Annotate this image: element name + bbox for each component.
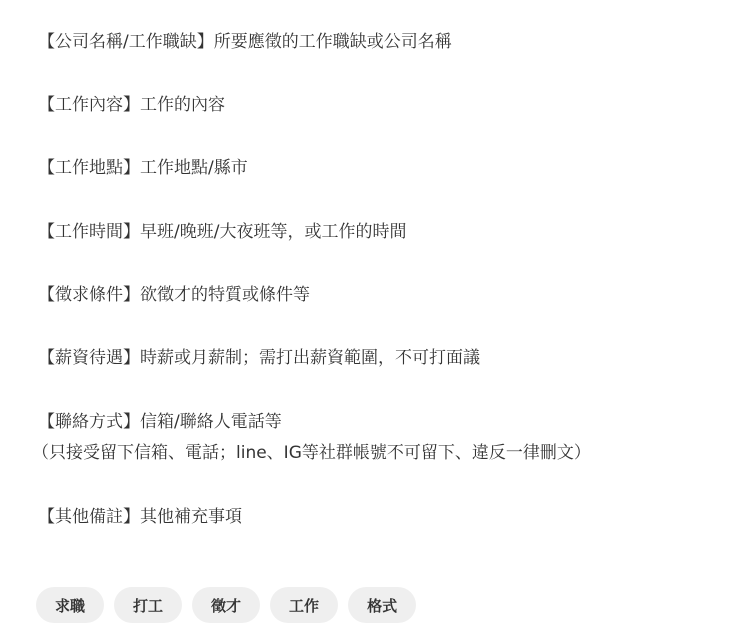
field-job-location: 【工作地點】工作地點/縣市 — [38, 156, 248, 180]
field-company-position: 【公司名稱/工作職缺】所要應徵的工作職缺或公司名稱 — [38, 30, 452, 54]
field-value: 信箱/聯絡人電話等 — [140, 412, 282, 432]
field-requirements: 【徵求條件】欲徵才的特質或條件等 — [38, 283, 310, 307]
field-label: 【工作內容】 — [38, 95, 140, 115]
field-value: 所要應徵的工作職缺或公司名稱 — [214, 32, 452, 52]
field-job-hours: 【工作時間】早班/晚班/大夜班等，或工作的時間 — [38, 220, 406, 244]
field-label: 【徵求條件】 — [38, 285, 140, 305]
field-value: 工作的內容 — [140, 95, 225, 115]
field-label: 【公司名稱/工作職缺】 — [38, 32, 214, 52]
field-label: 【聯絡方式】 — [38, 412, 140, 432]
field-label: 【其他備註】 — [38, 507, 140, 527]
field-value: 其他補充事項 — [140, 507, 242, 527]
tag-job-seeking[interactable]: 求職 — [36, 587, 104, 623]
field-job-content: 【工作內容】工作的內容 — [38, 93, 225, 117]
tag-list: 求職 打工 徵才 工作 格式 — [36, 587, 416, 623]
tag-format[interactable]: 格式 — [348, 587, 416, 623]
contact-note: （只接受留下信箱、電話；line、IG等社群帳號不可留下、違反一律刪文） — [32, 441, 591, 465]
field-value: 早班/晚班/大夜班等，或工作的時間 — [140, 222, 406, 242]
field-value: （只接受留下信箱、電話；line、IG等社群帳號不可留下、違反一律刪文） — [32, 443, 591, 463]
field-label: 【工作地點】 — [38, 158, 140, 178]
field-contact: 【聯絡方式】信箱/聯絡人電話等 — [38, 410, 282, 434]
field-label: 【工作時間】 — [38, 222, 140, 242]
tag-part-time[interactable]: 打工 — [114, 587, 182, 623]
field-value: 欲徵才的特質或條件等 — [140, 285, 310, 305]
field-value: 時薪或月薪制；需打出薪資範圍，不可打面議 — [140, 348, 480, 368]
field-other-notes: 【其他備註】其他補充事項 — [38, 505, 242, 529]
tag-recruiting[interactable]: 徵才 — [192, 587, 260, 623]
tag-work[interactable]: 工作 — [270, 587, 338, 623]
field-value: 工作地點/縣市 — [140, 158, 248, 178]
field-salary: 【薪資待遇】時薪或月薪制；需打出薪資範圍，不可打面議 — [38, 346, 480, 370]
field-label: 【薪資待遇】 — [38, 348, 140, 368]
